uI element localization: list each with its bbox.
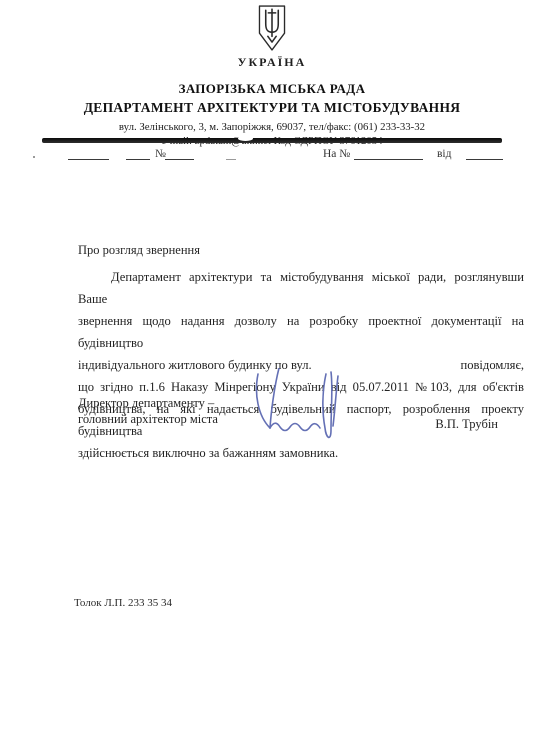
country-name: УКРАЇНА (0, 55, 544, 70)
scan-artifact (226, 149, 236, 160)
body-line: звернення щодо надання дозволу на розроб… (78, 310, 524, 354)
reply-to-number-label: На № (323, 148, 350, 160)
scanned-letter-page: УКРАЇНА ЗАПОРІЗЬКА МІСЬКА РАДА ДЕПАРТАМЕ… (0, 0, 544, 750)
org-name-line1: ЗАПОРІЗЬКА МІСЬКА РАДА (0, 81, 544, 97)
date-blank-line (68, 149, 109, 160)
header-separator (42, 138, 502, 143)
scan-notch (238, 136, 253, 141)
signature-scribble (246, 368, 346, 446)
blank-line (126, 149, 150, 160)
signer-name: В.П. Трубін (435, 417, 498, 432)
letterhead: УКРАЇНА ЗАПОРІЗЬКА МІСЬКА РАДА ДЕПАРТАМЕ… (0, 0, 544, 147)
number-blank-line (165, 149, 194, 160)
from-date-blank-line (466, 149, 503, 160)
letter-subject: Про розгляд звернення (78, 243, 200, 258)
ukraine-coat-of-arms-icon (0, 4, 544, 52)
signer-position-line2: головний архітектор міста (78, 411, 218, 427)
signer-position: Директор департаменту – головний архітек… (78, 395, 218, 432)
reply-number-blank-line (354, 149, 423, 160)
body-line: Департамент архітектури та містобудуванн… (78, 266, 524, 310)
org-address: вул. Зелінського, 3, м. Запоріжжя, 69037… (0, 121, 544, 133)
org-name-line2: ДЕПАРТАМЕНТ АРХІТЕКТУРИ ТА МІСТОБУДУВАНН… (0, 100, 544, 116)
from-date-label: від (437, 148, 451, 160)
body-line-right: повідомляє, (460, 354, 524, 376)
signer-position-line1: Директор департаменту – (78, 395, 218, 411)
executor-contact: Толок Л.П. 233 35 34 (74, 597, 172, 609)
scan-artifact (33, 156, 35, 158)
